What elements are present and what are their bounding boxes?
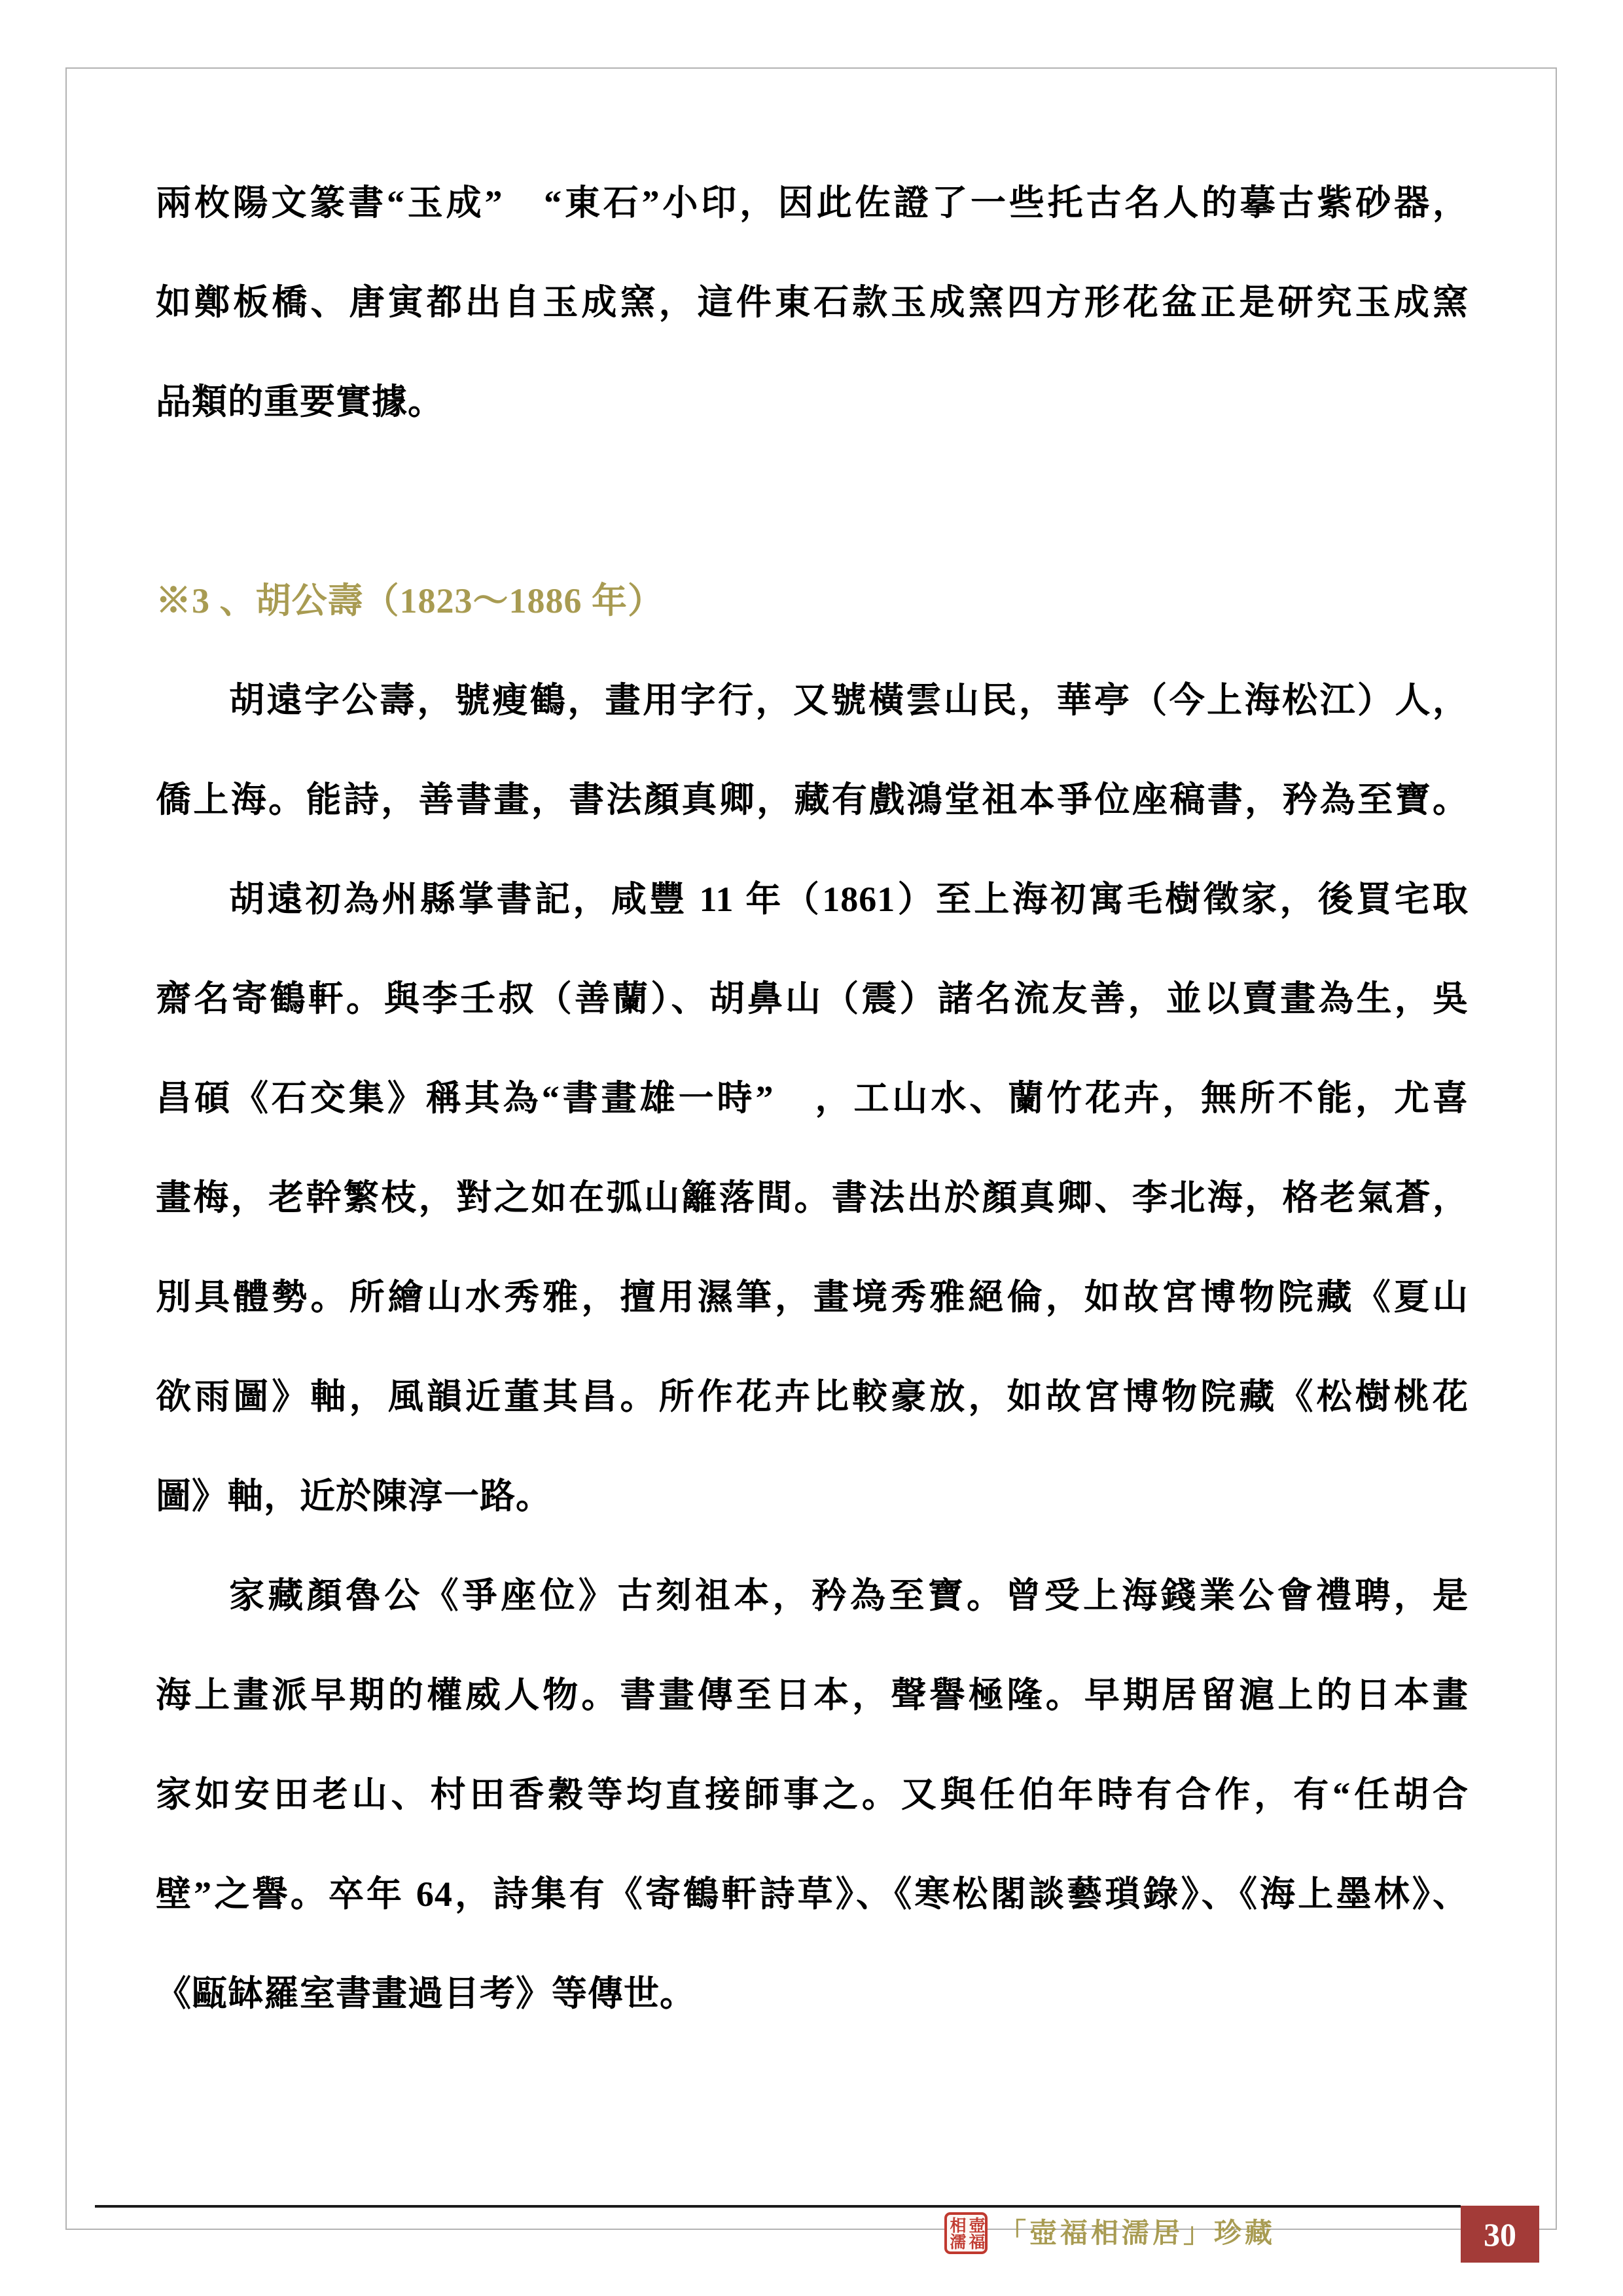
text-line: 僑上海。能詩，善書畫，書法顏真卿，藏有戲鴻堂祖本爭位座稿書，矜為至寶。	[156, 750, 1469, 850]
seal-characters: 壺福相濡	[948, 2217, 984, 2250]
text-line: 別具體勢。所繪山水秀雅，擅用濕筆，畫境秀雅絕倫，如故宮博物院藏《夏山	[156, 1247, 1469, 1347]
text-line: 家如安田老山、村田香穀等均直接師事之。又與任伯年時有合作，有“任胡合	[156, 1745, 1469, 1844]
collection-seal-icon: 壺福相濡	[944, 2212, 988, 2254]
text-line: 兩枚陽文篆書“玉成” “東石”小印，因此佐證了一些托古名人的摹古紫砂器，	[156, 153, 1469, 253]
text-line: 《甌缽羅室書畫過目考》等傳世。	[156, 1944, 1469, 2043]
text-line: 昌碩《石交集》稱其為“書畫雄一時” ，工山水、蘭竹花卉，無所不能，尤喜	[156, 1049, 1469, 1148]
text-line: 畫梅，老幹繁枝，對之如在弧山籬落間。書法出於顏真卿、李北海，格老氣蒼，	[156, 1148, 1469, 1247]
text-line: 圖》軸，近於陳淳一路。	[156, 1446, 1469, 1546]
blank-line	[156, 452, 1469, 551]
text-line: 如鄭板橋、唐寅都出自玉成窯，這件東石款玉成窯四方形花盆正是研究玉成窯	[156, 253, 1469, 352]
text-line: 胡遠字公壽，號瘦鶴，畫用字行，又號橫雲山民，華亭（今上海松江）人，	[156, 651, 1469, 750]
page-number: 30	[1484, 2215, 1516, 2253]
collection-label: 「壺福相濡居」珍藏	[999, 2215, 1275, 2253]
text-line: 海上畫派早期的權威人物。書畫傳至日本，聲譽極隆。早期居留滬上的日本畫	[156, 1645, 1469, 1745]
section-heading: ※3 、胡公壽（1823～1886 年）	[156, 551, 1469, 651]
text-line: 齋名寄鶴軒。與李壬叔（善蘭）、胡鼻山（震）諸名流友善，並以賣畫為生，吳	[156, 949, 1469, 1049]
text-line: 壁”之譽。卒年 64，詩集有《寄鶴軒詩草》、《寒松閣談藝瑣錄》、《海上墨林》、	[156, 1844, 1469, 1944]
page-number-badge: 30	[1461, 2206, 1539, 2263]
text-line: 欲雨圖》軸，風韻近董其昌。所作花卉比較豪放，如故宮博物院藏《松樹桃花	[156, 1347, 1469, 1446]
body-text: 兩枚陽文篆書“玉成” “東石”小印，因此佐證了一些托古名人的摹古紫砂器， 如鄭板…	[156, 153, 1469, 2043]
footer-rule	[95, 2205, 1461, 2208]
text-line: 品類的重要實據。	[156, 352, 1469, 452]
text-line: 胡遠初為州縣掌書記，咸豐 11 年（1861）至上海初寓毛樹徵家，後買宅取	[156, 850, 1469, 949]
text-line: 家藏顏魯公《爭座位》古刻祖本，矜為至寶。曾受上海錢業公會禮聘，是	[156, 1546, 1469, 1645]
